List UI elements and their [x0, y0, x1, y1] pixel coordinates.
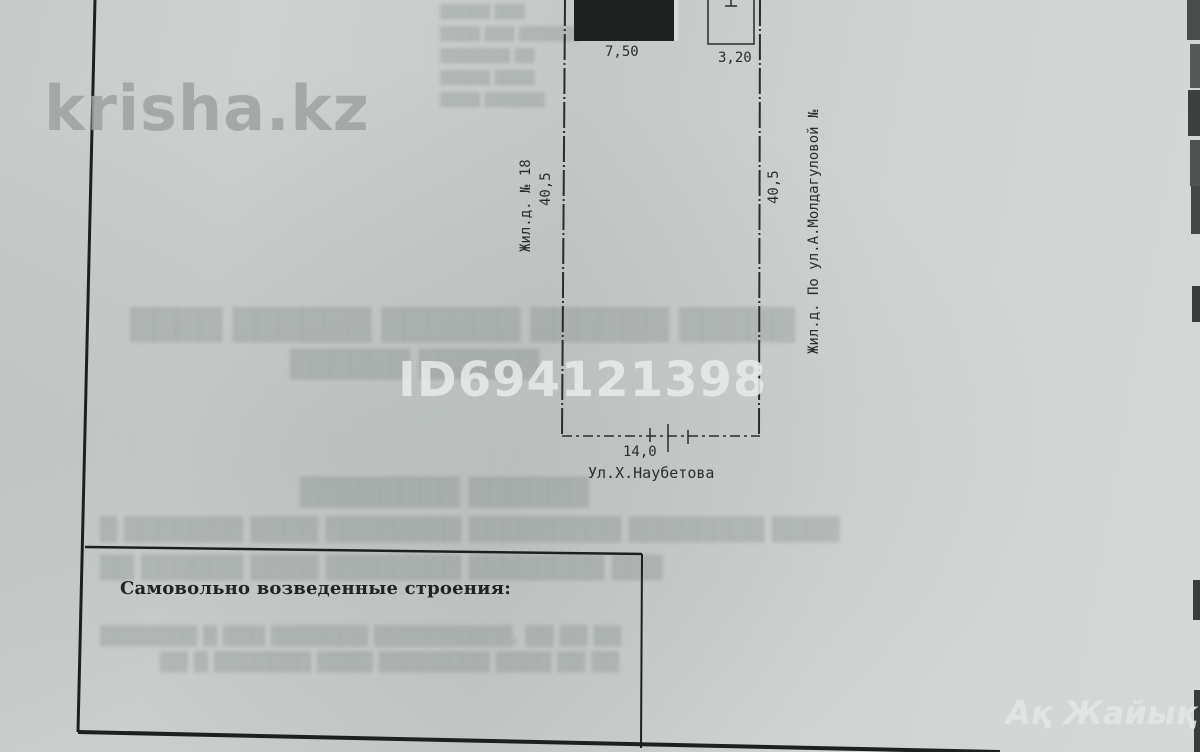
- section-box-right: [641, 554, 642, 748]
- building-main: [574, 0, 678, 41]
- neighbor-left-label: Жил.д. № 18: [518, 159, 534, 252]
- section-box-top: [85, 547, 642, 554]
- listing-id-watermark: ID694121398: [398, 352, 767, 408]
- frame-bottom-border: [78, 732, 1000, 752]
- front-width-label: 14,0: [623, 444, 657, 460]
- krisha-watermark: krisha.kz: [44, 72, 370, 145]
- neighbor-right-label: Жил.д. По ул.А.Молдагуловой №: [806, 110, 822, 354]
- right-side-length-label: 40,5: [766, 170, 782, 204]
- building-width-light-label: 3,20: [718, 50, 752, 66]
- unauthorized-structures-title: Самовольно возведенные строения:: [120, 578, 511, 599]
- building-width-dark-label: 7,50: [605, 44, 639, 60]
- agency-watermark: Ақ Жайық: [1006, 694, 1197, 732]
- street-front-label: Ул.Х.Наубетова: [588, 464, 714, 482]
- left-side-length-label: 40,5: [538, 172, 554, 206]
